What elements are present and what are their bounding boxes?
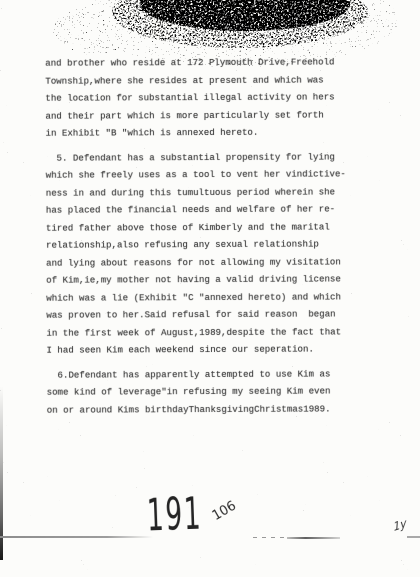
document-line: in the first week of August,1989,despite… [46, 323, 376, 342]
document-line: the location for substantial illegal act… [45, 88, 375, 107]
document-body: and brother who reside at 172 Plymouth D… [45, 53, 377, 425]
document-line: I had seen Kim each weekend since our se… [46, 340, 376, 359]
document-line: was proven to her.Said refusal for said … [46, 305, 376, 324]
scanned-document-page: and brother who reside at 172 Plymouth D… [0, 0, 420, 577]
document-line: relationship,also refusing any sexual re… [46, 235, 376, 254]
scan-baseline-center [287, 537, 340, 539]
document-line: which was a lie (Exhibit "C "annexed her… [46, 288, 376, 307]
document-line: some kind of leverage"in refusing my see… [47, 382, 377, 401]
document-line: tired father above those of Kimberly and… [46, 218, 376, 237]
document-line: in Exhibit "B "which is annexed hereto. [45, 123, 375, 142]
document-line: has placed the financial needs and welfa… [46, 200, 376, 219]
document-line: which she freely uses as a tool to vent … [46, 165, 376, 184]
document-line: and their part which is more particularl… [45, 106, 375, 125]
handwritten-number-small: 106 [210, 499, 239, 524]
scan-baseline-left [0, 536, 153, 538]
document-line: Township,where she resides at present an… [45, 71, 375, 90]
document-line: and brother who reside at 172 Plymouth D… [45, 53, 375, 72]
paragraph-6: 6.Defendant has apparently attempted to … [47, 365, 377, 419]
scan-edge-strip [0, 386, 3, 560]
document-line: and lying about reasons for not allowing… [46, 253, 376, 272]
scan-baseline-right [407, 536, 420, 538]
paragraph-continuation: and brother who reside at 172 Plymouth D… [45, 53, 375, 142]
document-line: 5. Defendant has a substantial propensit… [46, 148, 376, 167]
document-line: of Kim,ie,my mother not having a valid d… [46, 270, 376, 289]
scan-baseline-dotted [253, 537, 287, 538]
document-line: ness in and during this tumultuous perio… [46, 183, 376, 202]
handwritten-number-large: 191 [146, 488, 203, 541]
handwritten-corner-mark: 1y [393, 517, 407, 534]
paragraph-5: 5. Defendant has a substantial propensit… [46, 148, 377, 359]
document-line: 6.Defendant has apparently attempted to … [47, 365, 377, 384]
document-line: on or around Kims birthdayThanksgivingCh… [47, 400, 377, 419]
